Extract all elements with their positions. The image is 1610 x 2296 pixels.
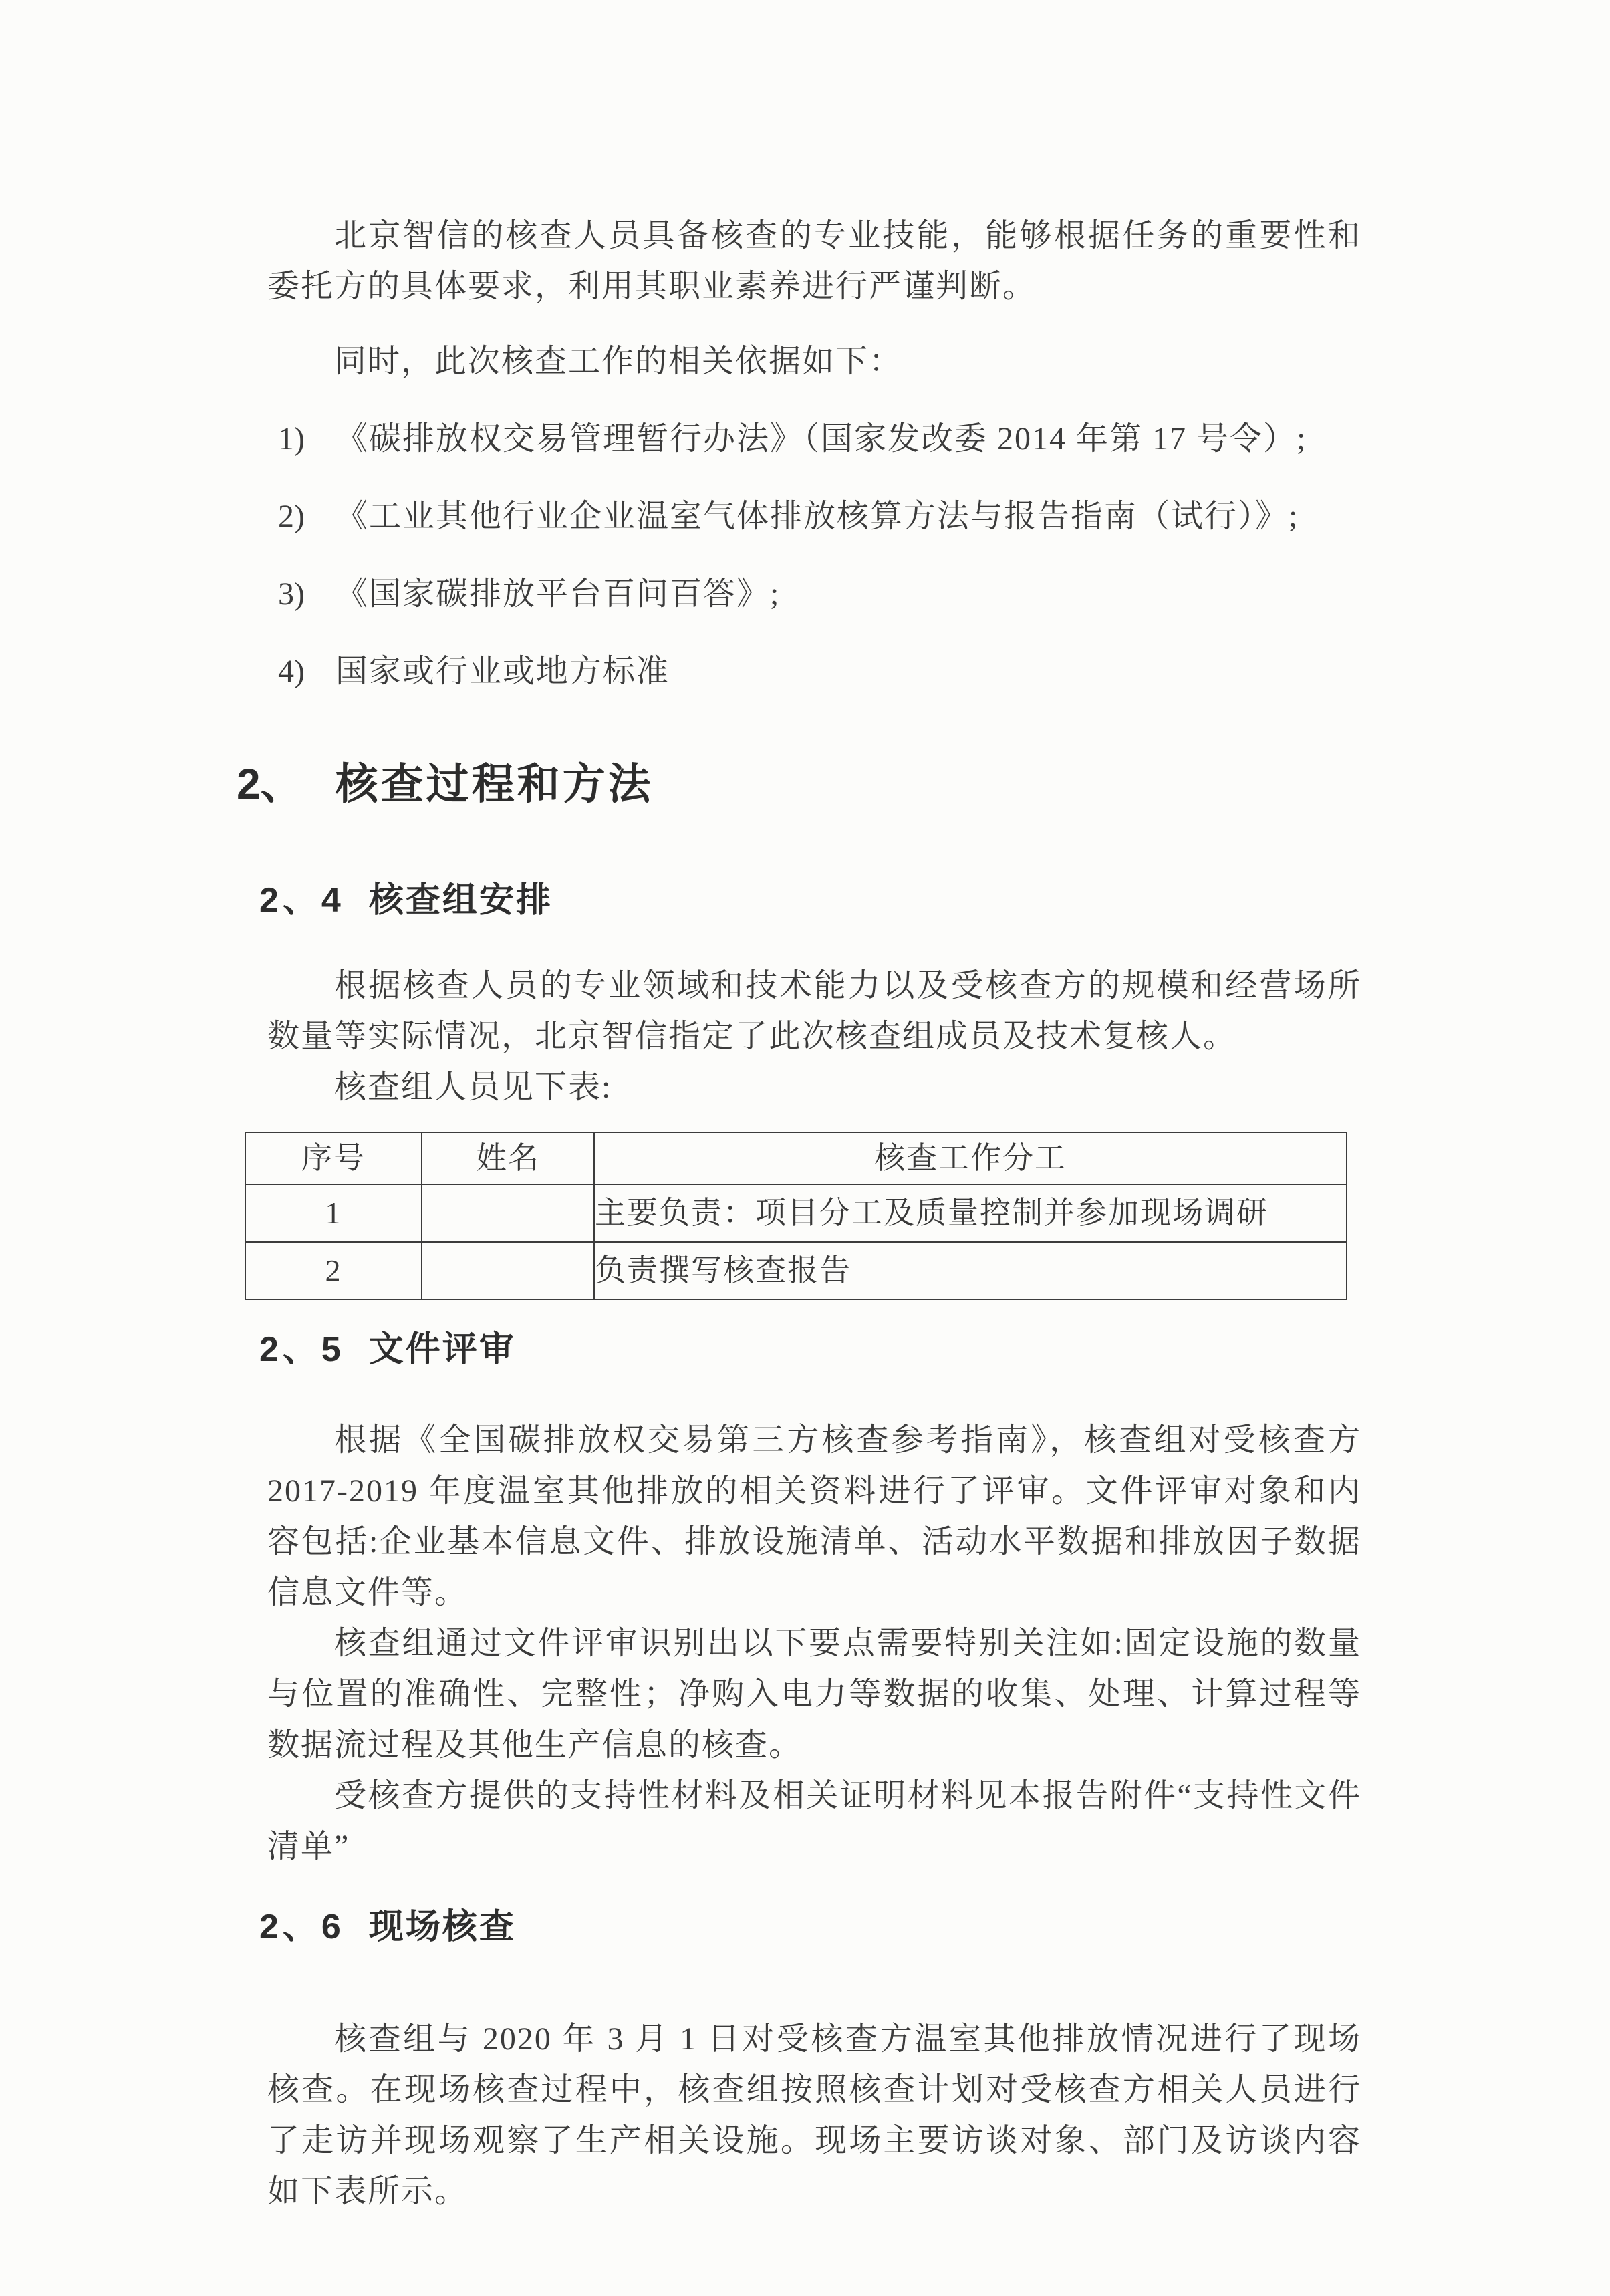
document-review-paragraph-3: 受核查方提供的支持性材料及相关证明材料见本报告附件“支持性文件清单” [267, 1771, 1361, 1872]
table-header-row: 序号 姓名 核查工作分工 [245, 1132, 1347, 1184]
section-number: 2、6 [259, 1904, 345, 1950]
list-item-text: 《国家碳排放平台百问百答》; [336, 569, 1361, 620]
section-number: 2、 [237, 757, 303, 811]
section-title: 文件评审 [369, 1327, 516, 1372]
document-page: 北京智信的核查人员具备核查的专业技能，能够根据任务的重要性和委托方的具体要求，利… [0, 0, 1610, 2296]
section-number: 2、4 [259, 878, 345, 923]
section-heading-2-5: 2、5 文件评审 [259, 1327, 1361, 1372]
section-title: 核查组安排 [369, 878, 553, 923]
section-heading-2-4: 2、4 核查组安排 [259, 878, 1361, 923]
document-review-paragraph-1: 根据《全国碳排放权交易第三方核查参考指南》，核查组对受核查方 2017-2019… [267, 1415, 1361, 1618]
section-title: 核查过程和方法 [336, 757, 654, 811]
table-header-no: 序号 [245, 1132, 422, 1184]
table-row: 1 主要负责：项目分工及质量控制并参加现场调研 [245, 1184, 1347, 1242]
list-item-text: 《碳排放权交易管理暂行办法》（国家发改委 2014 年第 17 号令）; [336, 414, 1361, 465]
verification-team-table: 序号 姓名 核查工作分工 1 主要负责：项目分工及质量控制并参加现场调研 2 负… [245, 1132, 1347, 1300]
team-arrangement-paragraph: 根据核查人员的专业领域和技术能力以及受核查方的规模和经营场所数量等实际情况，北京… [267, 961, 1361, 1062]
cell-no: 1 [245, 1184, 422, 1242]
table-row: 2 负责撰写核查报告 [245, 1242, 1347, 1299]
site-visit-paragraph: 核查组与 2020 年 3 月 1 日对受核查方温室其他排放情况进行了现场核查。… [267, 2014, 1361, 2217]
list-item-text: 《工业其他行业企业温室气体排放核算方法与报告指南（试行）》; [336, 491, 1361, 542]
section-number: 2、5 [259, 1327, 345, 1372]
table-header-duty: 核查工作分工 [594, 1132, 1347, 1184]
team-table-lead: 核查组人员见下表: [267, 1062, 1361, 1113]
list-item-text: 国家或行业或地方标准 [336, 646, 1361, 697]
list-item: 4) 国家或行业或地方标准 [267, 646, 1361, 697]
basis-list: 1) 《碳排放权交易管理暂行办法》（国家发改委 2014 年第 17 号令）; … [267, 414, 1361, 697]
cell-duty: 负责撰写核查报告 [594, 1242, 1347, 1299]
list-item: 2) 《工业其他行业企业温室气体排放核算方法与报告指南（试行）》; [267, 491, 1361, 542]
cell-name [422, 1184, 594, 1242]
section-heading-2-6: 2、6 现场核查 [259, 1904, 1361, 1950]
table-header-name: 姓名 [422, 1132, 594, 1184]
intro-paragraph: 北京智信的核查人员具备核查的专业技能，能够根据任务的重要性和委托方的具体要求，利… [267, 211, 1361, 312]
list-item-number: 3) [278, 569, 336, 620]
cell-name [422, 1242, 594, 1299]
list-item: 1) 《碳排放权交易管理暂行办法》（国家发改委 2014 年第 17 号令）; [267, 414, 1361, 465]
list-item-number: 4) [278, 646, 336, 697]
cell-no: 2 [245, 1242, 422, 1299]
document-review-paragraph-2: 核查组通过文件评审识别出以下要点需要特别关注如:固定设施的数量与位置的准确性、完… [267, 1618, 1361, 1771]
cell-duty: 主要负责：项目分工及质量控制并参加现场调研 [594, 1184, 1347, 1242]
section-title: 现场核查 [369, 1904, 516, 1950]
list-item-number: 2) [278, 491, 336, 542]
list-item-number: 1) [278, 414, 336, 465]
section-heading-2: 2、 核查过程和方法 [237, 757, 1361, 811]
list-item: 3) 《国家碳排放平台百问百答》; [267, 569, 1361, 620]
basis-lead-paragraph: 同时，此次核查工作的相关依据如下： [267, 336, 1361, 387]
